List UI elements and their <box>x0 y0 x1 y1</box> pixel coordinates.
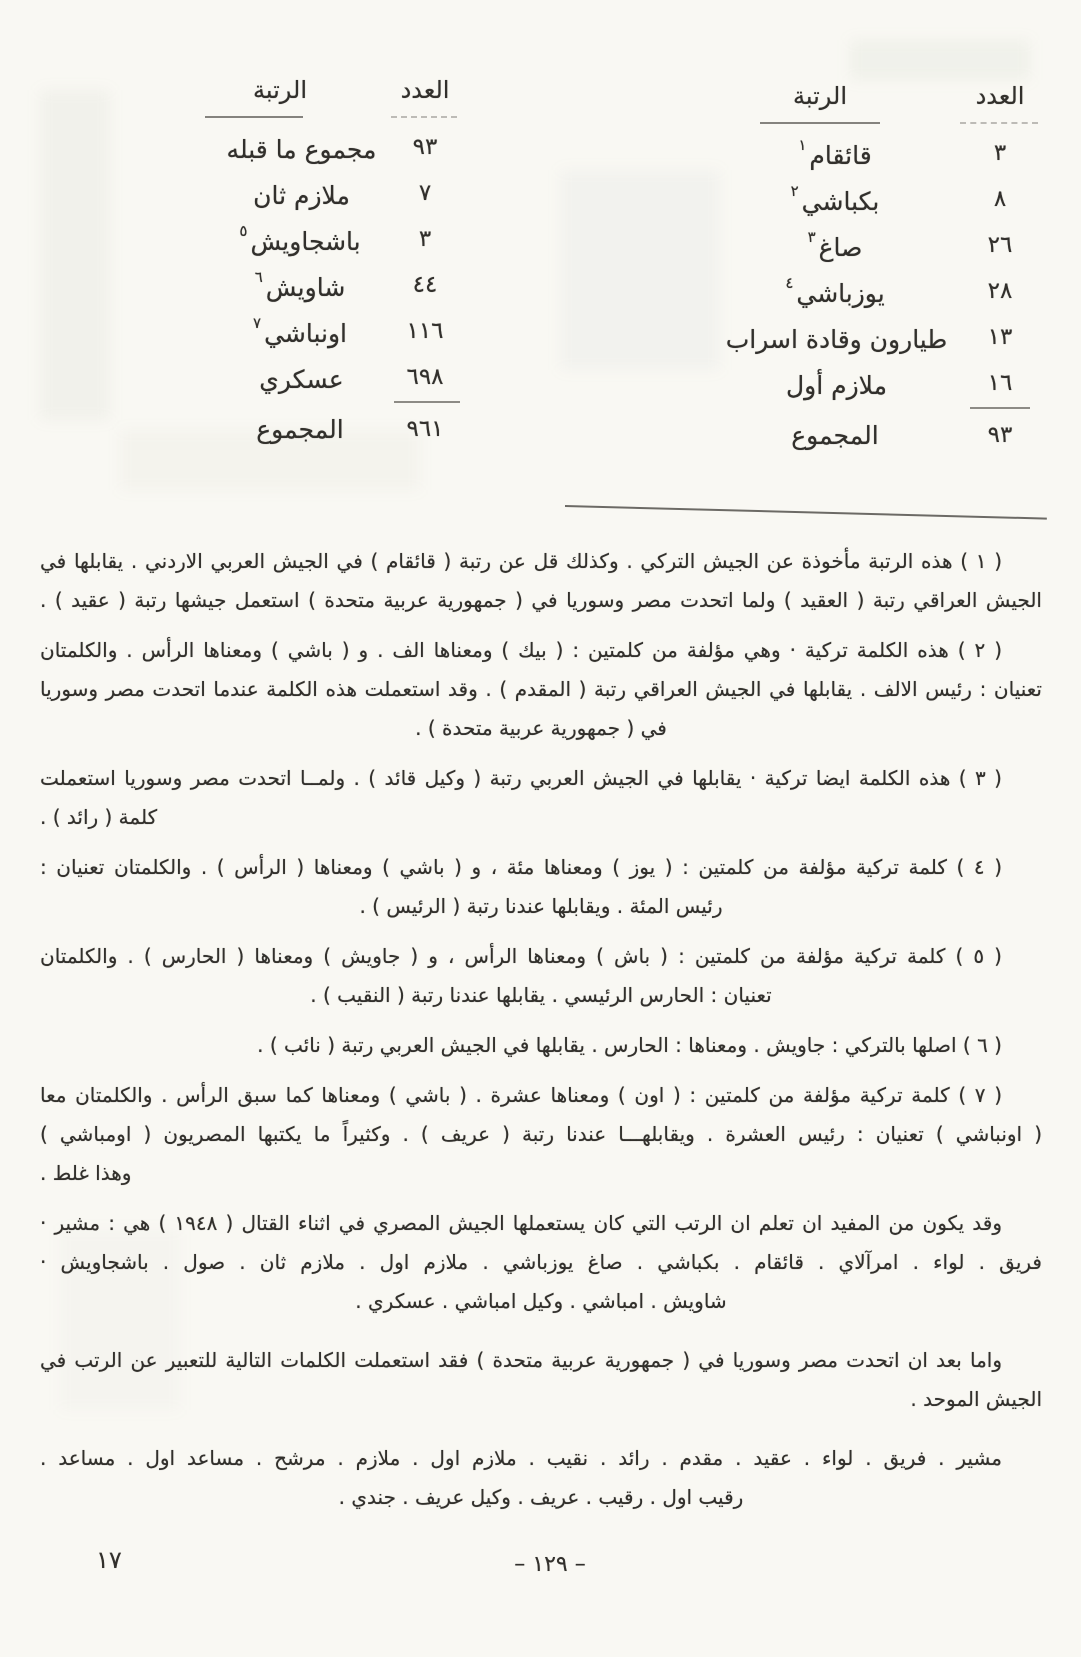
footnote-5: ( ٥ ) كلمة تركية مؤلفة من كلمتين : ( باش… <box>40 937 1042 1015</box>
footnote-line: ( ٧ ) كلمة تركية مؤلفة من كلمتين : ( اون… <box>40 1076 1042 1115</box>
footnote-separator-rule <box>565 505 1047 520</box>
paragraph-line: واما بعد ان اتحدت مصر وسوريا في ( جمهوري… <box>40 1341 1042 1380</box>
rank-table-left: العدد الرتبة ٩٣ مجموع ما قبله ٧ ملازم ثا… <box>115 66 475 452</box>
rank-header-underline <box>205 116 303 118</box>
rank-name: مجموع ما قبله <box>170 130 430 164</box>
count-header-underline <box>960 122 1038 124</box>
footnote-line: تعنيان : الحارس الرئيسي . يقابلها عندنا … <box>40 976 1042 1015</box>
footnote-line: الجيش العراقي رتبة ( العقيد ) ولما اتحدت… <box>40 581 1042 620</box>
footnote-line: ( ٤ ) كلمة تركية مؤلفة من كلمتين : ( يوز… <box>40 848 1042 887</box>
footnote-line: في ( جمهورية عربية متحدة ) . <box>40 709 1042 748</box>
rank-header-underline <box>760 122 880 124</box>
table-row: ٩٣ مجموع ما قبله <box>115 124 475 170</box>
footnote-1: ( ١ ) هذه الرتبة مأخوذة عن الجيش التركي … <box>40 542 1042 620</box>
footnote-3: ( ٣ ) هذه الكلمة ايضا تركية · يقابلها في… <box>40 759 1042 837</box>
rank-name: طيارون وقادة اسراب <box>705 320 965 354</box>
table-row: ٧ ملازم ثان <box>115 170 475 216</box>
rank-count: ١٣ <box>950 324 1050 350</box>
header-underlines <box>690 120 1050 130</box>
total-rule <box>115 400 475 406</box>
footnote-line: تعنيان : رئيس الالف . يقابلها في الجيش ا… <box>40 670 1042 709</box>
footnote-6: ( ٦ ) اصلها بالتركي : جاويش . ومعناها : … <box>40 1026 1042 1065</box>
rank-table-right: العدد الرتبة ٣ قائقام١ ٨ بكباشي٢ ٢٦ صاغ٣… <box>690 72 1050 458</box>
footnote-2: ( ٢ ) هذه الكلمة تركية · وهي مؤلفة من كل… <box>40 631 1042 748</box>
paragraph-line: شاويش . امباشي . وكيل امباشي . عسكري . <box>40 1282 1042 1321</box>
paragraph-2: واما بعد ان اتحدت مصر وسوريا في ( جمهوري… <box>40 1341 1042 1419</box>
footnote-ref: ١ <box>798 136 806 154</box>
table-total-row: ٩٣ المجموع <box>690 412 1050 458</box>
table-header: العدد الرتبة <box>115 66 475 114</box>
footnote-line: ( ٢ ) هذه الكلمة تركية · وهي مؤلفة من كل… <box>40 631 1042 670</box>
footnote-line: ( اونباشي ) تعنيان : رئيس العشرة . ويقاب… <box>40 1115 1042 1154</box>
paragraph-line: رقيب اول . رقيب . عريف . وكيل عريف . جند… <box>40 1478 1042 1517</box>
table-row: ٢٦ صاغ٣ <box>690 222 1050 268</box>
table-row: ٦٩٨ عسكري <box>115 354 475 400</box>
footnote-line: ( ٦ ) اصلها بالتركي : جاويش . ومعناها : … <box>40 1026 1042 1065</box>
rank-name: شاويش٦ <box>170 268 430 302</box>
rank-count: ٢٨ <box>950 278 1050 304</box>
rank-count: ٨ <box>950 186 1050 212</box>
paragraph-line: مشير . فريق . لواء . عقيد . مقدم . رائد … <box>40 1439 1042 1478</box>
rank-name: باشجاويش٥ <box>170 222 430 256</box>
rank-name: ملازم ثان <box>170 176 430 210</box>
footnote-line: رئيس المئة . ويقابلها عندنا رتبة ( الرئي… <box>40 887 1042 926</box>
rank-label: مجموع ما قبله <box>227 135 377 164</box>
table-row: ٤٤ شاويش٦ <box>115 262 475 308</box>
table-row: ٣ باشجاويش٥ <box>115 216 475 262</box>
rank-count: ٢٦ <box>950 232 1050 258</box>
table-header: العدد الرتبة <box>690 72 1050 120</box>
footnote-ref: ٣ <box>808 228 816 246</box>
table-row: ١١٦ اونباشي٧ <box>115 308 475 354</box>
paragraph-1: وقد يكون من المفيد ان تعلم ان الرتب التي… <box>40 1204 1042 1321</box>
table-total-row: ٩٦١ المجموع <box>115 406 475 452</box>
footnote-ref: ٦ <box>255 268 263 286</box>
footnote-ref: ٧ <box>253 314 261 332</box>
total-rule-line <box>970 407 1030 409</box>
footnote-ref: ٢ <box>791 182 799 200</box>
rank-name: اونباشي٧ <box>170 314 430 348</box>
body-text-column: ( ١ ) هذه الرتبة مأخوذة عن الجيش التركي … <box>40 542 1042 1537</box>
footnote-line: ( ٣ ) هذه الكلمة ايضا تركية · يقابلها في… <box>40 759 1042 798</box>
rank-name: صاغ٣ <box>705 228 965 262</box>
footnote-ref: ٥ <box>239 222 247 240</box>
scanned-document-page: العدد الرتبة ٣ قائقام١ ٨ بكباشي٢ ٢٦ صاغ٣… <box>0 0 1081 1657</box>
total-label: المجموع <box>705 421 965 450</box>
footnote-4: ( ٤ ) كلمة تركية مؤلفة من كلمتين : ( يوز… <box>40 848 1042 926</box>
table-row: ١٦ ملازم أول <box>690 360 1050 406</box>
total-count: ٩٣ <box>950 422 1050 448</box>
rank-label: يوزباشي <box>796 279 884 308</box>
footnote-line: ( ٥ ) كلمة تركية مؤلفة من كلمتين : ( باش… <box>40 937 1042 976</box>
footnote-line: وهذا غلط . <box>40 1154 1042 1193</box>
rank-name: عسكري <box>170 360 430 394</box>
count-column-header: العدد <box>950 82 1050 110</box>
rank-label: بكباشي <box>802 187 880 216</box>
total-rule <box>690 406 1050 412</box>
rank-column-header: الرتبة <box>150 76 410 104</box>
table-row: ٢٨ يوزباشي٤ <box>690 268 1050 314</box>
rank-label: عسكري <box>259 365 343 394</box>
rank-label: ملازم ثان <box>253 181 350 210</box>
rank-count: ٣ <box>950 140 1050 166</box>
rank-label: قائقام <box>809 141 871 170</box>
header-underlines <box>115 114 475 124</box>
rank-name: بكباشي٢ <box>705 182 965 216</box>
table-row: ٣ قائقام١ <box>690 130 1050 176</box>
paragraph-line: الجيش الموحد . <box>40 1380 1042 1419</box>
rank-name: يوزباشي٤ <box>705 274 965 308</box>
footnote-7: ( ٧ ) كلمة تركية مؤلفة من كلمتين : ( اون… <box>40 1076 1042 1193</box>
page-number-center: – ١٢٩ – <box>455 1552 645 1577</box>
rank-label: باشجاويش <box>250 227 360 256</box>
rank-label: صاغ <box>819 233 863 262</box>
table-row: ٨ بكباشي٢ <box>690 176 1050 222</box>
paragraph-line: وقد يكون من المفيد ان تعلم ان الرتب التي… <box>40 1204 1042 1243</box>
rank-name: قائقام١ <box>705 136 965 170</box>
footnote-line: كلمة ( رائد ) . <box>40 798 1042 837</box>
rank-column-header: الرتبة <box>690 82 950 110</box>
total-label: المجموع <box>170 415 430 444</box>
page-number-side: ١٧ <box>96 1546 122 1574</box>
rank-label: طيارون وقادة اسراب <box>726 325 948 354</box>
rank-label: ملازم أول <box>786 371 887 400</box>
rank-name: ملازم أول <box>705 366 965 400</box>
rank-label: اونباشي <box>264 319 347 348</box>
footnote-line: ( ١ ) هذه الرتبة مأخوذة عن الجيش التركي … <box>40 542 1042 581</box>
rank-count: ١٦ <box>950 370 1050 396</box>
total-rule-line <box>394 401 460 403</box>
count-header-underline <box>391 116 457 118</box>
bleed-artifact <box>40 90 110 420</box>
paragraph-3: مشير . فريق . لواء . عقيد . مقدم . رائد … <box>40 1439 1042 1517</box>
paragraph-line: فريق . لواء . امرآلاي . قائقام . بكباشي … <box>40 1243 1042 1282</box>
footnote-ref: ٤ <box>785 274 793 292</box>
table-row: ١٣ طيارون وقادة اسراب <box>690 314 1050 360</box>
rank-label: شاويش <box>266 273 345 302</box>
